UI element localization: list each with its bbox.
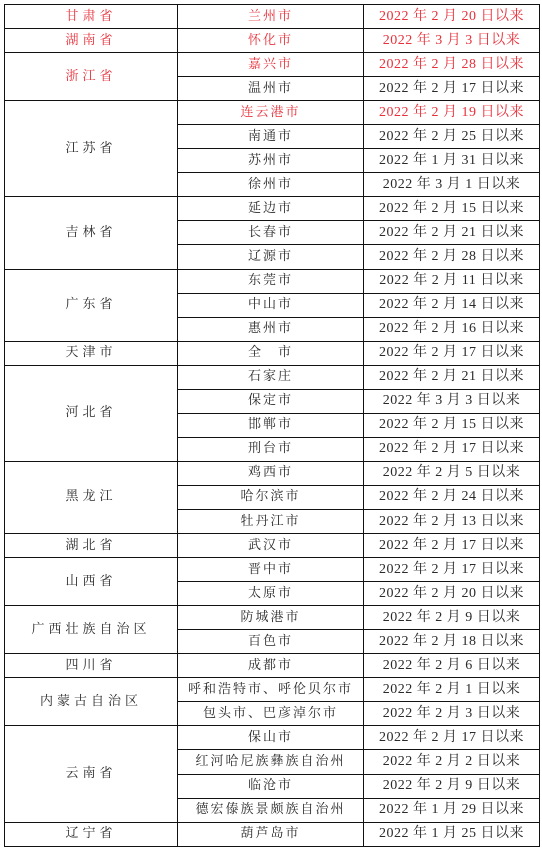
date-cell: 2022 年 3 月 3 日以来 [364, 389, 540, 413]
table-row: 广西壮族自治区防城港市2022 年 2 月 9 日以来 [5, 606, 540, 630]
date-cell: 2022 年 2 月 13 日以来 [364, 509, 540, 533]
table-row: 广东省东莞市2022 年 2 月 11 日以来 [5, 269, 540, 293]
city-cell: 百色市 [178, 630, 364, 654]
date-cell: 2022 年 2 月 20 日以来 [364, 5, 540, 29]
date-cell: 2022 年 2 月 21 日以来 [364, 221, 540, 245]
city-cell: 刑台市 [178, 437, 364, 461]
date-cell: 2022 年 2 月 11 日以来 [364, 269, 540, 293]
province-cell: 浙江省 [5, 53, 178, 101]
city-cell: 德宏傣族景颇族自治州 [178, 798, 364, 822]
city-cell: 辽源市 [178, 245, 364, 269]
table-row: 四川省成都市2022 年 2 月 6 日以来 [5, 654, 540, 678]
city-cell: 红河哈尼族彝族自治州 [178, 750, 364, 774]
province-cell: 广西壮族自治区 [5, 606, 178, 654]
date-cell: 2022 年 2 月 18 日以来 [364, 630, 540, 654]
city-cell: 防城港市 [178, 606, 364, 630]
table-row: 甘肃省兰州市2022 年 2 月 20 日以来 [5, 5, 540, 29]
table-row: 云南省保山市2022 年 2 月 17 日以来 [5, 726, 540, 750]
table-row: 天津市全 市2022 年 2 月 17 日以来 [5, 341, 540, 365]
date-cell: 2022 年 3 月 3 日以来 [364, 29, 540, 53]
date-cell: 2022 年 2 月 17 日以来 [364, 77, 540, 101]
city-cell: 嘉兴市 [178, 53, 364, 77]
table-row: 山西省晋中市2022 年 2 月 17 日以来 [5, 558, 540, 582]
table-row: 吉林省延边市2022 年 2 月 15 日以来 [5, 197, 540, 221]
province-cell: 河北省 [5, 365, 178, 461]
city-cell: 哈尔滨市 [178, 485, 364, 509]
date-cell: 2022 年 1 月 25 日以来 [364, 822, 540, 846]
province-cell: 山西省 [5, 558, 178, 606]
province-cell: 辽宁省 [5, 822, 178, 846]
province-cell: 四川省 [5, 654, 178, 678]
city-cell: 太原市 [178, 582, 364, 606]
city-cell: 温州市 [178, 77, 364, 101]
city-cell: 连云港市 [178, 101, 364, 125]
city-cell: 保定市 [178, 389, 364, 413]
province-cell: 湖南省 [5, 29, 178, 53]
date-cell: 2022 年 2 月 1 日以来 [364, 678, 540, 702]
date-cell: 2022 年 2 月 9 日以来 [364, 606, 540, 630]
city-cell: 成都市 [178, 654, 364, 678]
date-cell: 2022 年 2 月 9 日以来 [364, 774, 540, 798]
date-cell: 2022 年 2 月 20 日以来 [364, 582, 540, 606]
table-row: 湖北省武汉市2022 年 2 月 17 日以来 [5, 534, 540, 558]
table-row: 黑龙江鸡西市2022 年 2 月 5 日以来 [5, 461, 540, 485]
province-cell: 甘肃省 [5, 5, 178, 29]
city-cell: 武汉市 [178, 534, 364, 558]
city-cell: 鸡西市 [178, 461, 364, 485]
table-row: 河北省石家庄2022 年 2 月 21 日以来 [5, 365, 540, 389]
city-cell: 石家庄 [178, 365, 364, 389]
date-cell: 2022 年 2 月 17 日以来 [364, 726, 540, 750]
city-cell: 中山市 [178, 293, 364, 317]
city-cell: 怀化市 [178, 29, 364, 53]
table-row: 湖南省怀化市2022 年 3 月 3 日以来 [5, 29, 540, 53]
province-cell: 广东省 [5, 269, 178, 341]
city-cell: 全 市 [178, 341, 364, 365]
date-cell: 2022 年 2 月 6 日以来 [364, 654, 540, 678]
city-cell: 呼和浩特市、呼伦贝尔市 [178, 678, 364, 702]
table-row: 内蒙古自治区呼和浩特市、呼伦贝尔市2022 年 2 月 1 日以来 [5, 678, 540, 702]
city-cell: 惠州市 [178, 317, 364, 341]
date-cell: 2022 年 2 月 17 日以来 [364, 558, 540, 582]
date-cell: 2022 年 2 月 25 日以来 [364, 125, 540, 149]
date-cell: 2022 年 3 月 1 日以来 [364, 173, 540, 197]
date-cell: 2022 年 2 月 2 日以来 [364, 750, 540, 774]
city-cell: 邯郸市 [178, 413, 364, 437]
date-cell: 2022 年 2 月 3 日以来 [364, 702, 540, 726]
city-cell: 包头市、巴彦淖尔市 [178, 702, 364, 726]
province-cell: 云南省 [5, 726, 178, 822]
city-cell: 南通市 [178, 125, 364, 149]
date-cell: 2022 年 2 月 17 日以来 [364, 534, 540, 558]
table-row: 辽宁省葫芦岛市2022 年 1 月 25 日以来 [5, 822, 540, 846]
city-cell: 葫芦岛市 [178, 822, 364, 846]
city-cell: 长春市 [178, 221, 364, 245]
date-cell: 2022 年 2 月 16 日以来 [364, 317, 540, 341]
city-cell: 保山市 [178, 726, 364, 750]
city-cell: 东莞市 [178, 269, 364, 293]
province-cell: 天津市 [5, 341, 178, 365]
date-cell: 2022 年 2 月 17 日以来 [364, 341, 540, 365]
city-cell: 延边市 [178, 197, 364, 221]
date-cell: 2022 年 2 月 28 日以来 [364, 53, 540, 77]
date-cell: 2022 年 2 月 14 日以来 [364, 293, 540, 317]
city-cell: 兰州市 [178, 5, 364, 29]
date-cell: 2022 年 2 月 24 日以来 [364, 485, 540, 509]
city-cell: 徐州市 [178, 173, 364, 197]
province-cell: 黑龙江 [5, 461, 178, 533]
date-cell: 2022 年 1 月 29 日以来 [364, 798, 540, 822]
table-row: 浙江省嘉兴市2022 年 2 月 28 日以来 [5, 53, 540, 77]
province-cell: 江苏省 [5, 101, 178, 197]
date-cell: 2022 年 1 月 31 日以来 [364, 149, 540, 173]
table-row: 江苏省连云港市2022 年 2 月 19 日以来 [5, 101, 540, 125]
city-cell: 苏州市 [178, 149, 364, 173]
province-cell: 湖北省 [5, 534, 178, 558]
date-cell: 2022 年 2 月 21 日以来 [364, 365, 540, 389]
risk-area-table: 甘肃省兰州市2022 年 2 月 20 日以来湖南省怀化市2022 年 3 月 … [4, 4, 540, 847]
city-cell: 临沧市 [178, 774, 364, 798]
date-cell: 2022 年 2 月 15 日以来 [364, 197, 540, 221]
city-cell: 牡丹江市 [178, 509, 364, 533]
province-cell: 吉林省 [5, 197, 178, 269]
date-cell: 2022 年 2 月 19 日以来 [364, 101, 540, 125]
date-cell: 2022 年 2 月 17 日以来 [364, 437, 540, 461]
date-cell: 2022 年 2 月 15 日以来 [364, 413, 540, 437]
date-cell: 2022 年 2 月 5 日以来 [364, 461, 540, 485]
risk-area-table-body: 甘肃省兰州市2022 年 2 月 20 日以来湖南省怀化市2022 年 3 月 … [5, 5, 540, 847]
province-cell: 内蒙古自治区 [5, 678, 178, 726]
city-cell: 晋中市 [178, 558, 364, 582]
date-cell: 2022 年 2 月 28 日以来 [364, 245, 540, 269]
